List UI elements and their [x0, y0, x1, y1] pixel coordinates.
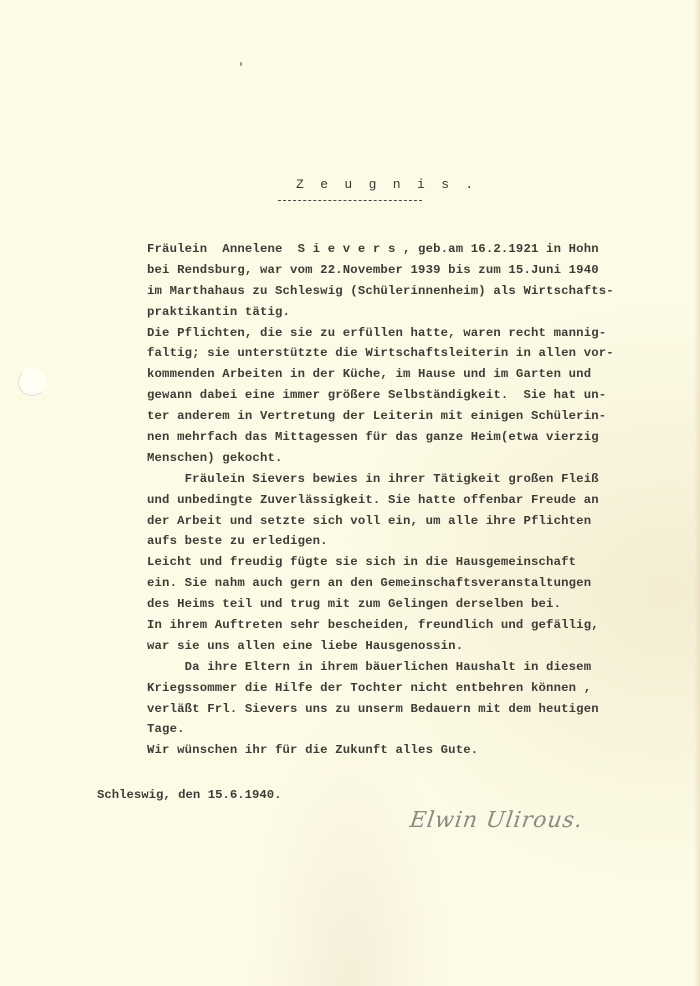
handwritten-signature: Elwin Ulirous.	[408, 808, 584, 833]
body-line: verläßt Frl. Sievers uns zu unserm Bedau…	[147, 699, 700, 720]
body-line: Leicht und freudig fügte sie sich in die…	[147, 552, 700, 573]
body-line: Menschen) gekocht.	[147, 448, 700, 469]
body-line: war sie uns allen eine liebe Hausgenossi…	[147, 636, 700, 657]
body-line: und unbedingte Zuverlässigkeit. Sie hatt…	[147, 490, 700, 511]
body-line: ein. Sie nahm auch gern an den Gemeinsch…	[147, 573, 700, 594]
body-line: Da ihre Eltern in ihrem bäuerlichen Haus…	[147, 657, 700, 678]
title-underline	[278, 200, 422, 201]
document-title: Z e u g n i s .	[296, 177, 478, 192]
place-and-date: Schleswig, den 15.6.1940.	[97, 788, 281, 802]
punch-hole	[18, 368, 46, 396]
body-line: der Arbeit und setzte sich voll ein, um …	[147, 511, 700, 532]
body-line: des Heims teil und trug mit zum Gelingen…	[147, 594, 700, 615]
document-body: Fräulein Annelene S i e v e r s , geb.am…	[147, 239, 700, 761]
body-line: Tage.	[147, 719, 700, 740]
body-line: gewann dabei eine immer größere Selbstän…	[147, 385, 700, 406]
body-line: Fräulein Annelene S i e v e r s , geb.am…	[147, 239, 700, 260]
body-line: ter anderem in Vertretung der Leiterin m…	[147, 406, 700, 427]
body-line: Fräulein Sievers bewies in ihrer Tätigke…	[147, 469, 700, 490]
body-line: bei Rendsburg, war vom 22.November 1939 …	[147, 260, 700, 281]
body-line: praktikantin tätig.	[147, 302, 700, 323]
body-line: Die Pflichten, die sie zu erfüllen hatte…	[147, 323, 700, 344]
body-line: im Marthahaus zu Schleswig (Schülerinnen…	[147, 281, 700, 302]
body-line: Kriegssommer die Hilfe der Tochter nicht…	[147, 678, 700, 699]
paper-speck	[240, 62, 242, 66]
body-line: In ihrem Auftreten sehr bescheiden, freu…	[147, 615, 700, 636]
body-line: faltig; sie unterstützte die Wirtschafts…	[147, 343, 700, 364]
body-line: kommenden Arbeiten in der Küche, im Haus…	[147, 364, 700, 385]
body-line: aufs beste zu erledigen.	[147, 531, 700, 552]
body-line: Wir wünschen ihr für die Zukunft alles G…	[147, 740, 700, 761]
body-line: nen mehrfach das Mittagessen für das gan…	[147, 427, 700, 448]
